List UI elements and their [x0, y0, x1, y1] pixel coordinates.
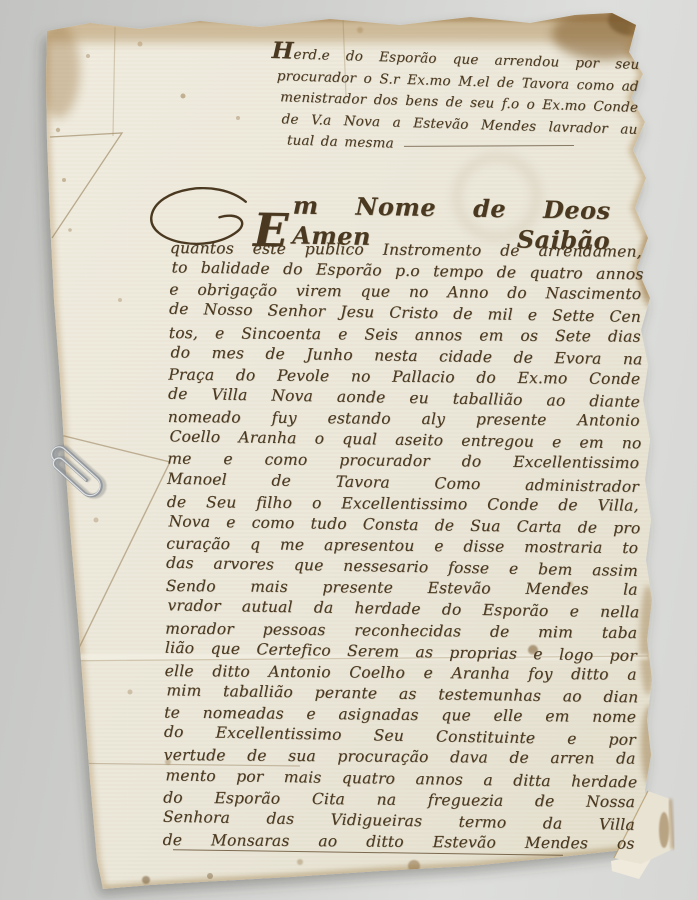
paperclip: [45, 442, 108, 502]
photograph: Herd.e do Esporão que arrendou por seupr…: [0, 0, 697, 900]
body-text: quantos este publico Instromento de arre…: [163, 237, 642, 856]
docket-header: Herd.e do Esporão que arrendou por seupr…: [269, 40, 640, 163]
